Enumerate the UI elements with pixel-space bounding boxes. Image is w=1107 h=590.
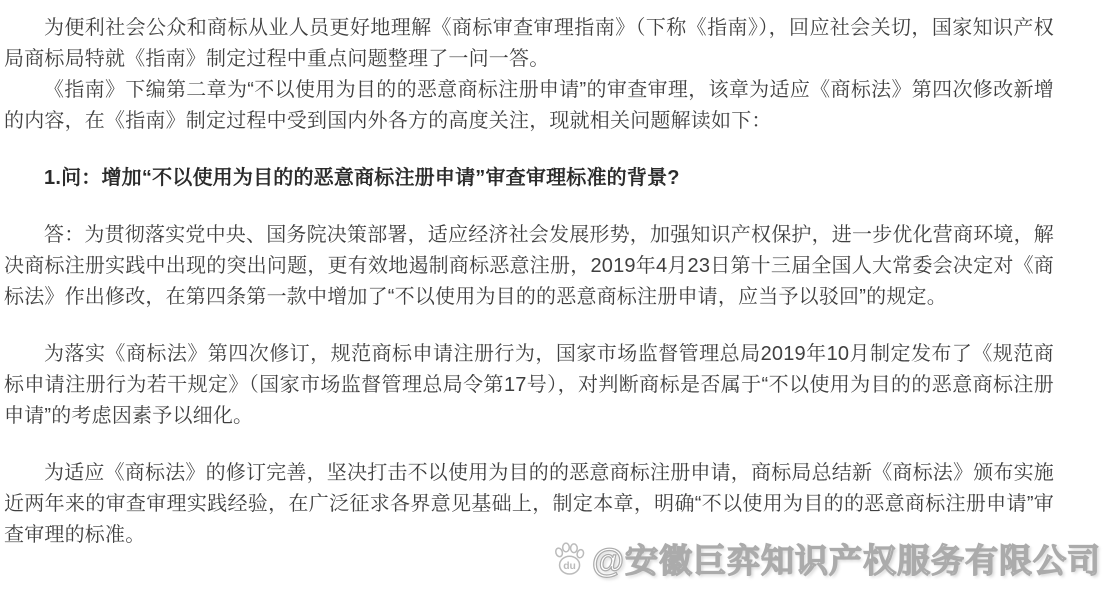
answer-paragraph-3: 为适应《商标法》的修订完善，坚决打击不以使用为目的的恶意商标注册申请，商标局总结… <box>4 458 1054 551</box>
answer-paragraph-2: 为落实《商标法》第四次修订，规范商标申请注册行为，国家市场监督管理总局2019年… <box>4 339 1054 432</box>
intro-paragraph-1: 为便利社会公众和商标从业人员更好地理解《商标审查审理指南》（下称《指南》），回应… <box>4 13 1054 75</box>
document-page: 为便利社会公众和商标从业人员更好地理解《商标审查审理指南》（下称《指南》），回应… <box>0 0 1107 590</box>
answer-paragraph-1: 答：为贯彻落实党中央、国务院决策部署，适应经济社会发展形势，加强知识产权保护，进… <box>4 220 1054 313</box>
article-body: 为便利社会公众和商标从业人员更好地理解《商标审查审理指南》（下称《指南》），回应… <box>0 0 1107 551</box>
intro-paragraph-2: 《指南》下编第二章为“不以使用为目的的恶意商标注册申请”的审查审理，该章为适应《… <box>4 75 1054 137</box>
question-heading: 1.问：增加“不以使用为目的的恶意商标注册申请”审查审理标准的背景? <box>4 163 1054 194</box>
watermark-icon-label: du <box>563 560 576 571</box>
